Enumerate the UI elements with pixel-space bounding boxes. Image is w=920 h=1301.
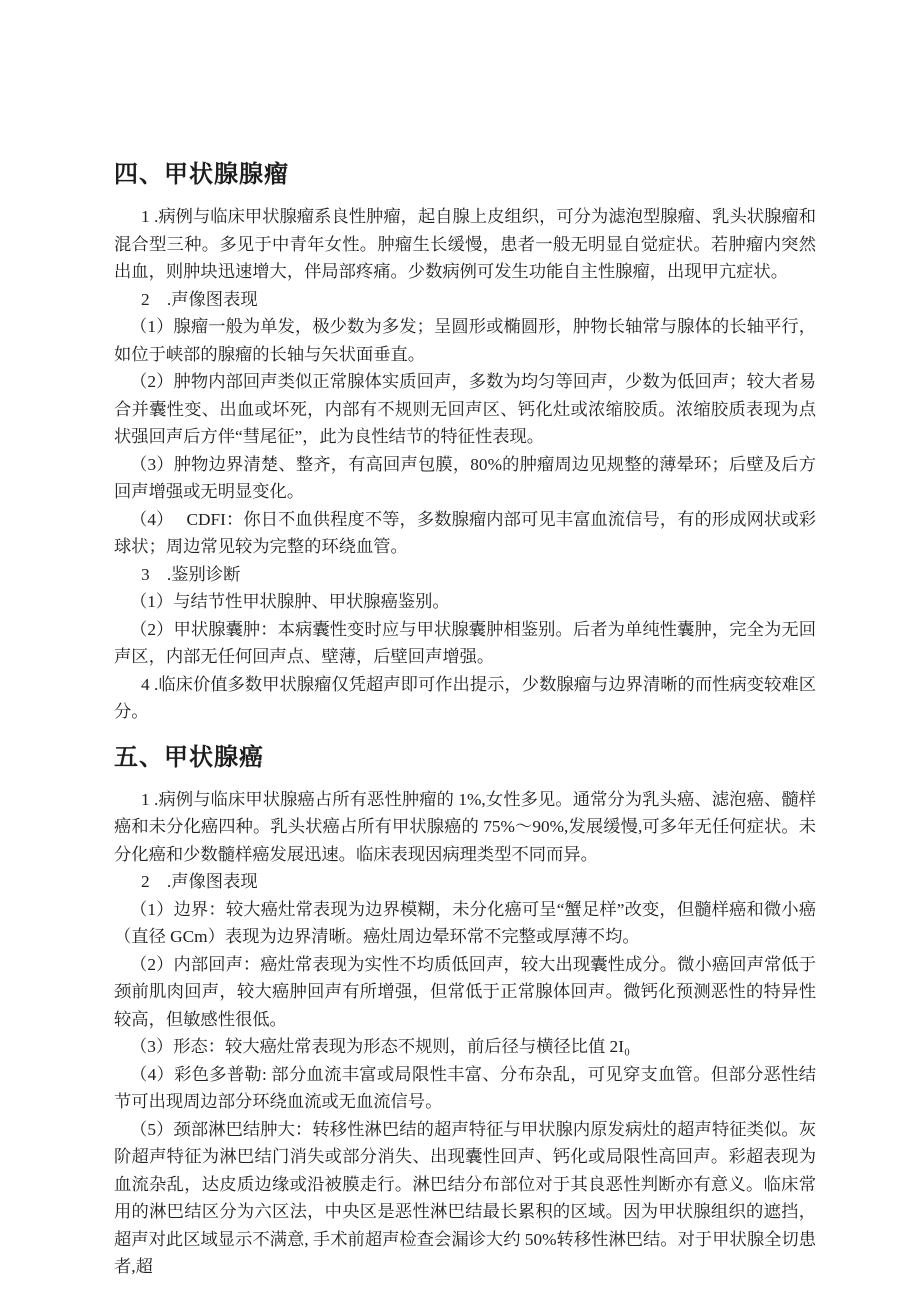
- paragraph: 3 .鉴别诊断: [114, 561, 816, 589]
- document-page: 四、甲状腺腺瘤 1 .病例与临床甲状腺瘤系良性肿瘤，起自腺上皮组织，可分为滤泡型…: [0, 0, 920, 1301]
- section-heading: 五、甲状腺癌: [114, 743, 816, 773]
- section-thyroid-adenoma: 四、甲状腺腺瘤 1 .病例与临床甲状腺瘤系良性肿瘤，起自腺上皮组织，可分为滤泡型…: [114, 160, 816, 726]
- paragraph: （3）肿物边界清楚、整齐，有高回声包膜，80%的肿瘤周边见规整的薄晕环；后壁及后…: [114, 451, 816, 506]
- paragraph: （4） CDFI：你日不血供程度不等，多数腺瘤内部可见丰富血流信号，有的形成网状…: [114, 506, 816, 561]
- section-heading: 四、甲状腺腺瘤: [114, 160, 816, 190]
- section-thyroid-carcinoma: 五、甲状腺癌 1 .病例与临床甲状腺癌占所有恶性肿瘤的 1%,女性多见。通常分为…: [114, 743, 816, 1281]
- paragraph: （1）边界：较大癌灶常表现为边界模糊，未分化癌可呈“蟹足样”改变，但髓样癌和微小…: [114, 896, 816, 951]
- paragraph: （3）形态：较大癌灶常表现为形态不规则，前后径与横径比值 2I₀: [114, 1033, 816, 1061]
- paragraph: （4）彩色多普勒: 部分血流丰富或局限性丰富、分布杂乱，可见穿支血管。但部分恶性…: [114, 1061, 816, 1116]
- paragraph: 2 .声像图表现: [114, 868, 816, 896]
- paragraph: （2）肿物内部回声类似正常腺体实质回声，多数为均匀等回声，少数为低回声；较大者易…: [114, 368, 816, 451]
- paragraph: （2）内部回声：癌灶常表现为实性不均质低回声，较大出现囊性成分。微小癌回声常低于…: [114, 951, 816, 1034]
- paragraph: （1）腺瘤一般为单发，极少数为多发；呈圆形或椭圆形，肿物长轴常与腺体的长轴平行，…: [114, 313, 816, 368]
- paragraph: 4 .临床价值多数甲状腺瘤仅凭超声即可作出提示，少数腺瘤与边界清晰的而性病变较难…: [114, 671, 816, 726]
- paragraph: 2 .声像图表现: [114, 286, 816, 314]
- paragraph: 1 .病例与临床甲状腺瘤系良性肿瘤，起自腺上皮组织，可分为滤泡型腺瘤、乳头状腺瘤…: [114, 203, 816, 286]
- paragraph: （1）与结节性甲状腺肿、甲状腺癌鉴别。: [114, 588, 816, 616]
- document-body: 四、甲状腺腺瘤 1 .病例与临床甲状腺瘤系良性肿瘤，起自腺上皮组织，可分为滤泡型…: [114, 160, 816, 1281]
- paragraph: （2）甲状腺囊肿：本病囊性变时应与甲状腺囊肿相鉴别。后者为单纯性囊肿，完全为无回…: [114, 616, 816, 671]
- paragraph: （5）颈部淋巴结肿大：转移性淋巴结的超声特征与甲状腺内原发病灶的超声特征类似。灰…: [114, 1116, 816, 1281]
- paragraph: 1 .病例与临床甲状腺癌占所有恶性肿瘤的 1%,女性多见。通常分为乳头癌、滤泡癌…: [114, 786, 816, 869]
